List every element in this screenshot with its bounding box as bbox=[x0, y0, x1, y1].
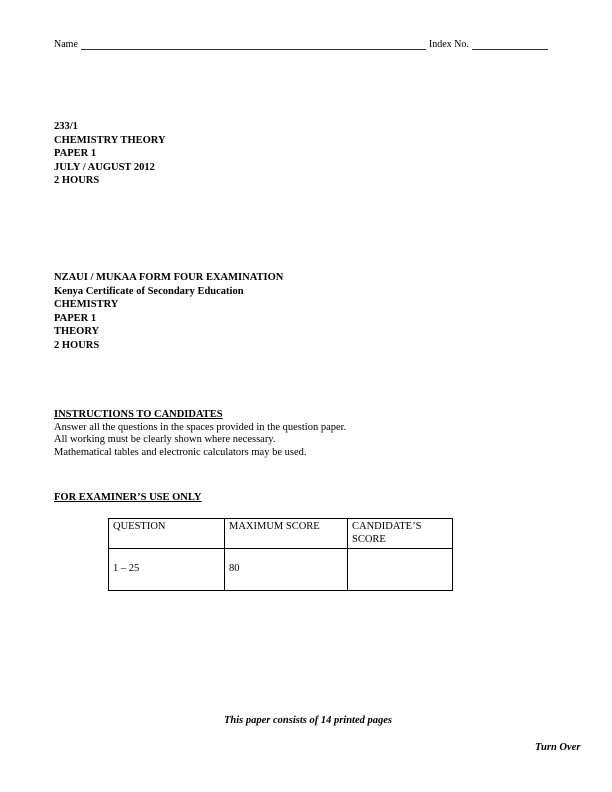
exam-title-block: NZAUI / MUKAA FORM FOUR EXAMINATION Keny… bbox=[54, 271, 283, 352]
pages-note: This paper consists of 14 printed pages bbox=[224, 715, 392, 726]
instruction-line: All working must be clearly shown where … bbox=[54, 434, 346, 447]
paper-subject: CHEMISTRY THEORY bbox=[54, 134, 166, 148]
examiner-heading: FOR EXAMINER’S USE ONLY bbox=[54, 492, 202, 503]
exam-certificate: Kenya Certificate of Secondary Education bbox=[54, 285, 283, 299]
name-field[interactable] bbox=[81, 40, 426, 50]
instructions-section: INSTRUCTIONS TO CANDIDATES Answer all th… bbox=[54, 409, 346, 459]
index-label: Index No. bbox=[429, 39, 469, 50]
header-candidate-score: CANDIDATE’S SCORE bbox=[348, 519, 453, 549]
turn-over-note: Turn Over bbox=[535, 742, 580, 753]
candidate-details-line: Name Index No. bbox=[54, 39, 566, 50]
header-question: QUESTION bbox=[109, 519, 225, 549]
name-label: Name bbox=[54, 39, 78, 50]
instructions-heading: INSTRUCTIONS TO CANDIDATES bbox=[54, 409, 346, 422]
exam-paper: PAPER 1 bbox=[54, 312, 283, 326]
index-field[interactable] bbox=[472, 40, 548, 50]
table-row: 1 – 25 80 bbox=[109, 549, 453, 591]
paper-date: JULY / AUGUST 2012 bbox=[54, 161, 166, 175]
paper-number: PAPER 1 bbox=[54, 147, 166, 161]
cell-maximum-score: 80 bbox=[225, 549, 348, 591]
exam-duration: 2 HOURS bbox=[54, 339, 283, 353]
paper-code: 233/1 bbox=[54, 120, 166, 134]
score-table-header-row: QUESTION MAXIMUM SCORE CANDIDATE’S SCORE bbox=[109, 519, 453, 549]
cell-question-range: 1 – 25 bbox=[109, 549, 225, 591]
cell-candidate-score[interactable] bbox=[348, 549, 453, 591]
instruction-line: Mathematical tables and electronic calcu… bbox=[54, 447, 346, 460]
header-maximum-score: MAXIMUM SCORE bbox=[225, 519, 348, 549]
exam-subject: CHEMISTRY bbox=[54, 298, 283, 312]
exam-type: THEORY bbox=[54, 325, 283, 339]
paper-code-block: 233/1 CHEMISTRY THEORY PAPER 1 JULY / AU… bbox=[54, 120, 166, 188]
instruction-line: Answer all the questions in the spaces p… bbox=[54, 422, 346, 435]
paper-duration: 2 HOURS bbox=[54, 174, 166, 188]
exam-title: NZAUI / MUKAA FORM FOUR EXAMINATION bbox=[54, 271, 283, 285]
score-table: QUESTION MAXIMUM SCORE CANDIDATE’S SCORE… bbox=[108, 518, 453, 591]
